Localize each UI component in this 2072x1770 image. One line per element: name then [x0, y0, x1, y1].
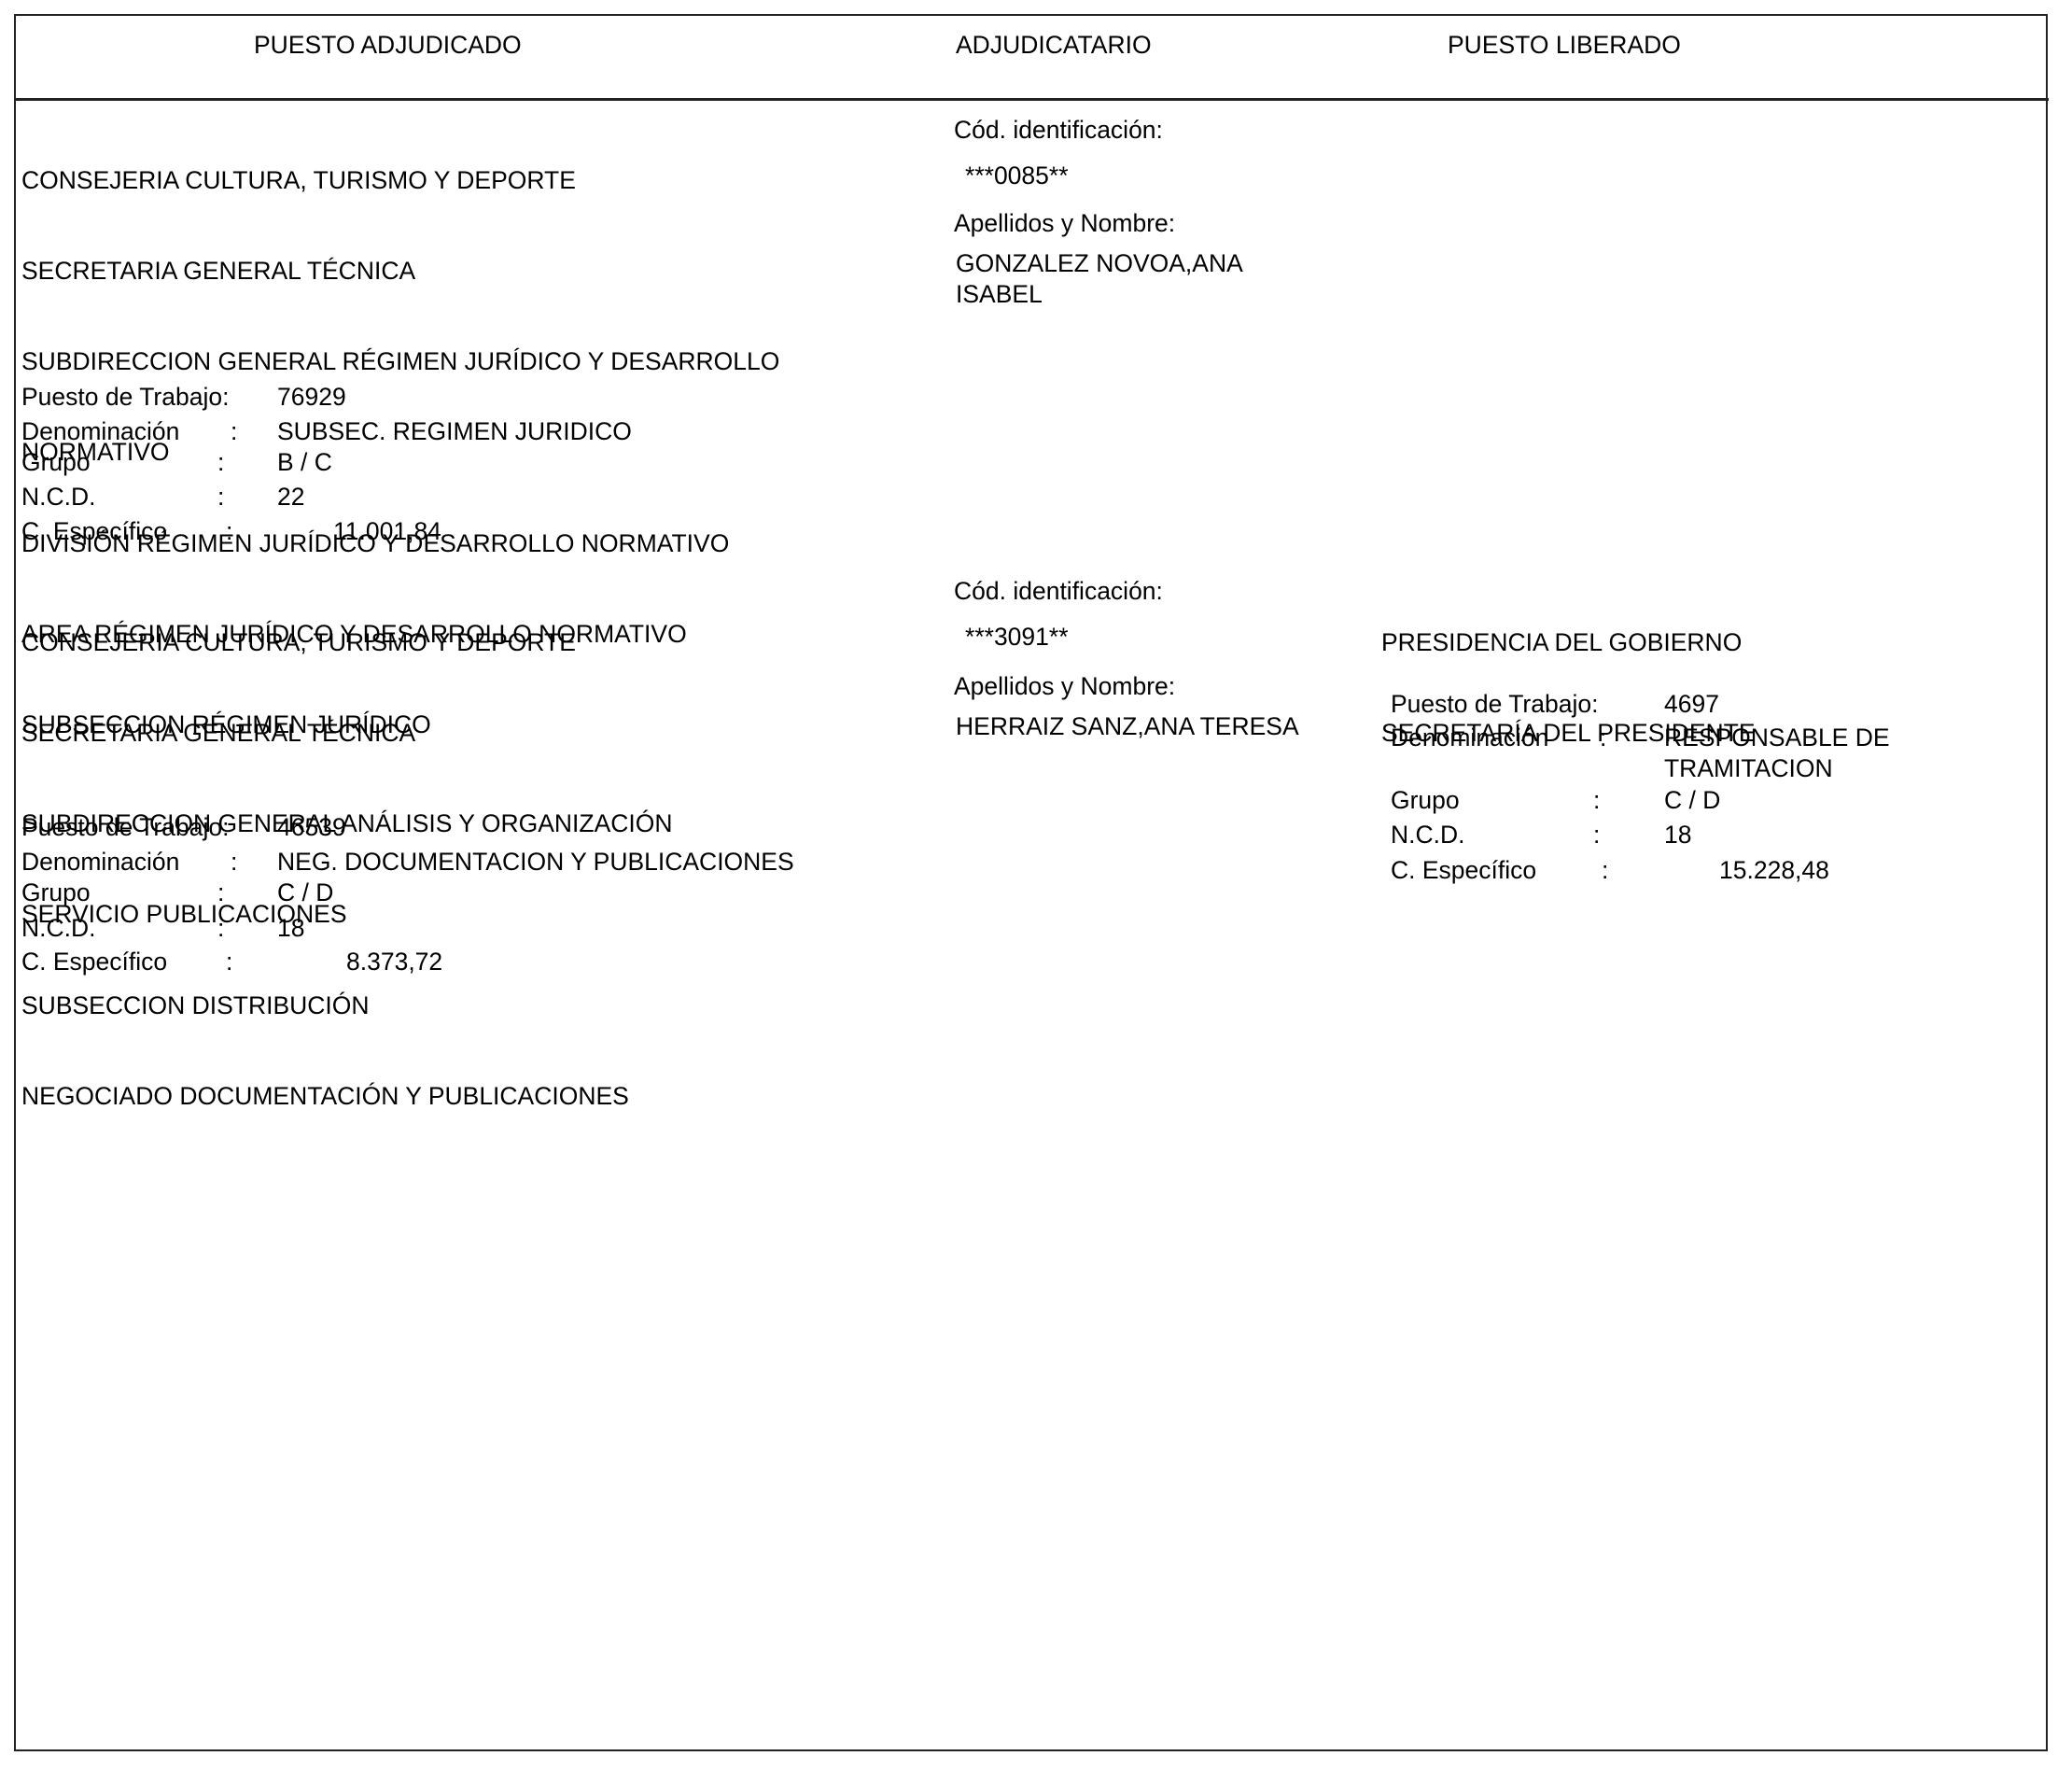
value-puesto-trabajo: 4697 — [1664, 689, 1719, 719]
label-puesto-trabajo: Puesto de Trabajo: — [21, 382, 229, 412]
value-c-especifico: 8.373,72 — [346, 947, 442, 976]
value-grupo: C / D — [1664, 785, 1720, 815]
value-denominacion: NEG. DOCUMENTACION Y PUBLICACIONES — [277, 847, 794, 877]
label-ncd: N.C.D. — [21, 913, 96, 943]
label-ncd: N.C.D. — [21, 482, 96, 512]
label-c-especifico: C. Específico — [21, 947, 167, 976]
colon: : — [1602, 855, 1608, 885]
value-grupo: B / C — [277, 447, 332, 477]
label-denominacion: Denominación — [21, 416, 179, 446]
value-nombre-line: HERRAIZ SANZ,ANA TERESA — [956, 711, 1299, 741]
colon: : — [217, 447, 224, 477]
colon: : — [226, 516, 232, 546]
value-denominacion-line: TRAMITACION — [1664, 753, 1833, 783]
org-line: PRESIDENCIA DEL GOBIERNO — [1381, 627, 1756, 657]
header-divider — [14, 98, 2049, 101]
label-denominacion: Denominación — [1391, 723, 1548, 752]
org-line: SERVICIO PUBLICACIONES — [21, 899, 673, 929]
value-c-especifico: 15.228,48 — [1719, 855, 1829, 885]
value-ncd: 18 — [277, 913, 304, 943]
label-cod-identificacion: Cód. identificación: — [954, 576, 1163, 606]
label-apellidos-nombre: Apellidos y Nombre: — [954, 671, 1175, 701]
value-nombre-line: ISABEL — [956, 279, 1043, 309]
label-apellidos-nombre: Apellidos y Nombre: — [954, 208, 1175, 238]
label-ncd: N.C.D. — [1391, 820, 1465, 850]
value-puesto-trabajo: 46539 — [277, 812, 346, 842]
colon: : — [1593, 785, 1600, 815]
header-puesto-liberado: PUESTO LIBERADO — [1448, 30, 1681, 60]
colon: : — [1600, 723, 1606, 752]
label-c-especifico: C. Específico — [1391, 855, 1536, 885]
org-line: CONSEJERIA CULTURA, TURISMO Y DEPORTE — [21, 627, 673, 657]
colon: : — [231, 416, 237, 446]
colon: : — [217, 482, 224, 512]
label-denominacion: Denominación — [21, 847, 179, 877]
org-line: NEGOCIADO DOCUMENTACIÓN Y PUBLICACIONES — [21, 1081, 673, 1111]
org-line: SECRETARIA GENERAL TÉCNICA — [21, 718, 673, 748]
label-grupo: Grupo — [1391, 785, 1460, 815]
value-c-especifico: 11.001,84 — [333, 516, 441, 546]
label-puesto-trabajo: Puesto de Trabajo: — [21, 812, 229, 842]
value-denominacion-line: RESPONSABLE DE — [1664, 723, 1890, 752]
colon: : — [231, 847, 237, 877]
header-adjudicatario: ADJUDICATARIO — [956, 30, 1152, 60]
colon: : — [226, 947, 232, 976]
value-cod-identificacion: ***3091** — [965, 622, 1069, 652]
value-nombre-line: GONZALEZ NOVOA,ANA — [956, 248, 1243, 278]
label-c-especifico: C. Específico — [21, 516, 167, 546]
value-ncd: 22 — [277, 482, 304, 512]
org-line: CONSEJERIA CULTURA, TURISMO Y DEPORTE — [21, 165, 779, 195]
value-grupo: C / D — [277, 878, 333, 907]
colon: : — [217, 913, 224, 943]
label-grupo: Grupo — [21, 878, 91, 907]
org-line: SECRETARIA GENERAL TÉCNICA — [21, 256, 779, 286]
header-puesto-adjudicado: PUESTO ADJUDICADO — [254, 30, 522, 60]
org-line: SUBSECCION DISTRIBUCIÓN — [21, 990, 673, 1020]
label-puesto-trabajo: Puesto de Trabajo: — [1391, 689, 1598, 719]
org-line: SUBDIRECCION GENERAL RÉGIMEN JURÍDICO Y … — [21, 346, 779, 376]
value-ncd: 18 — [1664, 820, 1691, 850]
value-puesto-trabajo: 76929 — [277, 382, 346, 412]
value-denominacion: SUBSEC. REGIMEN JURIDICO — [277, 416, 632, 446]
label-grupo: Grupo — [21, 447, 91, 477]
value-cod-identificacion: ***0085** — [965, 161, 1069, 190]
colon: : — [1593, 820, 1600, 850]
label-cod-identificacion: Cód. identificación: — [954, 115, 1163, 145]
colon: : — [217, 878, 224, 907]
